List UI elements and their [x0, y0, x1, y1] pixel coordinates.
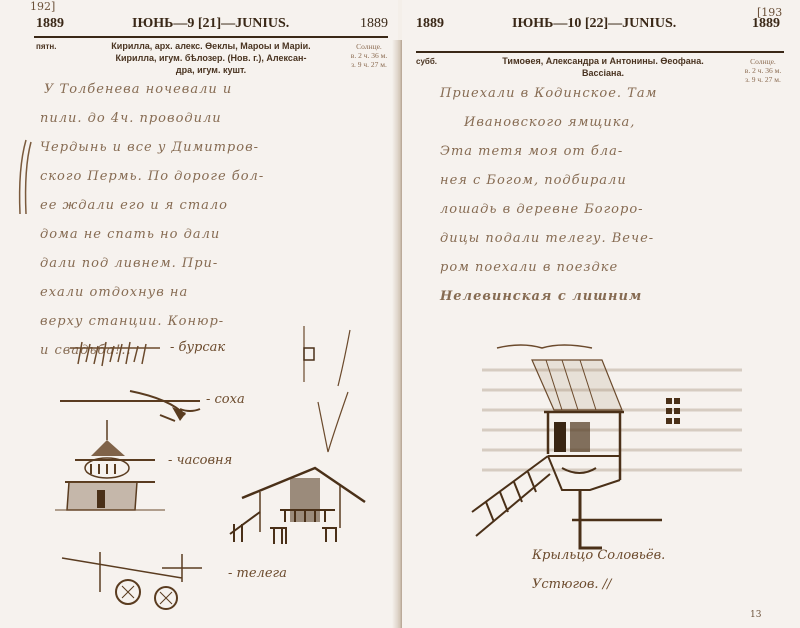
handwritten-entry: Приехали в Кодинское. Там Ивановского ям…	[440, 86, 657, 318]
saints-of-day: Кирилла, арх. алекс. Өеклы, Мароы и Марi…	[80, 40, 342, 76]
sunset-time: з. 9 ч. 27 м.	[346, 60, 392, 69]
sketch-label: - соха	[206, 392, 245, 407]
sketch-chapel-icon	[55, 420, 165, 520]
sunset-time: з. 9 ч. 27 м.	[736, 75, 790, 84]
sketch-label: - телега	[228, 566, 287, 581]
handwriting-line: Нелевинская с лишним	[440, 289, 657, 318]
day-of-week: субб.	[416, 57, 437, 66]
saints-of-day: Тимоѳея, Александра и Антонины. Өеофана.…	[472, 55, 734, 79]
handwriting-line: ее ждали его и я стало	[40, 198, 264, 227]
sketch-caption: Устюгов. //	[532, 577, 611, 592]
header-year-right: 1889	[752, 16, 780, 32]
sunrise-time: в. 2 ч. 36 м.	[736, 66, 790, 75]
header-title: IЮНЬ—10 [22]—JUNIUS.	[512, 16, 676, 32]
saints-line: Кирилла, арх. алекс. Өеклы, Мароы и Марi…	[80, 40, 342, 52]
sketch-caption: Крыльцо Соловьёв.	[532, 548, 665, 563]
sun-times: Солнце. в. 2 ч. 36 м. з. 9 ч. 27 м.	[346, 42, 392, 69]
handwriting-line: лошадь в деревне Богоро-	[440, 202, 657, 231]
sketch-tool-icon	[298, 322, 358, 472]
saints-line: Вассiана.	[472, 67, 734, 79]
sketch-brush-icon	[70, 340, 170, 370]
handwriting-line: Эта тетя моя от бла-	[440, 144, 657, 173]
sketch-label: - бурсак	[170, 340, 225, 355]
handwriting-line: ром поехали в поездке	[440, 260, 657, 289]
sketch-label: - часовня	[168, 453, 232, 468]
handwriting-line: дома не спать но дали	[40, 227, 264, 256]
right-page: [193 1889 IЮНЬ—10 [22]—JUNIUS. 1889 субб…	[402, 0, 800, 628]
handwriting-line: верху станции. Конюр-	[40, 314, 264, 343]
handwriting-line: Чердынь и все у Димитров-	[40, 140, 264, 169]
header-year-right: 1889	[360, 16, 388, 32]
saints-line: дра, игум. кушт.	[80, 64, 342, 76]
handwriting-line: дицы подали телегу. Вече-	[440, 231, 657, 260]
handwriting-line: пили. до 4ч. проводили	[40, 111, 264, 140]
handwriting-line: ского Пермь. По дороге бол-	[40, 169, 264, 198]
sun-label: Солнце.	[346, 42, 392, 51]
sun-times: Солнце. в. 2 ч. 36 м. з. 9 ч. 27 м.	[736, 57, 790, 84]
handwritten-entry: У Толбенева ночевали и пили. до 4ч. пров…	[40, 82, 264, 372]
handwriting-line: У Толбенева ночевали и	[40, 82, 264, 111]
handwriting-line: дали под ливнем. При-	[40, 256, 264, 285]
handwriting-line: нея с Богом, подбирали	[440, 173, 657, 202]
header-title: IЮНЬ—9 [21]—JUNIUS.	[132, 16, 289, 32]
sketch-house-icon	[230, 462, 370, 552]
saints-line: Тимоѳея, Александра и Антонины. Өеофана.	[472, 55, 734, 67]
sketch-cart-icon	[62, 552, 212, 612]
handwriting-line: Ивановского ямщика,	[440, 115, 657, 144]
sun-label: Солнце.	[736, 57, 790, 66]
saints-line: Кирилла, игум. бѣлозер. (Нов. г.), Алекс…	[80, 52, 342, 64]
page-number: 192]	[30, 0, 55, 13]
header-rule	[34, 36, 388, 38]
left-page: 192] 1889 IЮНЬ—9 [21]—JUNIUS. 1889 пятн.…	[0, 0, 398, 628]
header-year-left: 1889	[36, 16, 64, 32]
header-year-left: 1889	[416, 16, 444, 32]
handwriting-line: ехали отдохнув на	[40, 285, 264, 314]
sunrise-time: в. 2 ч. 36 м.	[346, 51, 392, 60]
header-rule	[416, 51, 784, 53]
margin-bracket-icon	[14, 138, 34, 218]
sketch-porch-icon	[462, 330, 782, 560]
diary-spread: 192] 1889 IЮНЬ—9 [21]—JUNIUS. 1889 пятн.…	[0, 0, 800, 628]
day-of-week: пятн.	[36, 42, 56, 51]
handwriting-line: Приехали в Кодинское. Там	[440, 86, 657, 115]
corner-number: 13	[750, 610, 761, 620]
